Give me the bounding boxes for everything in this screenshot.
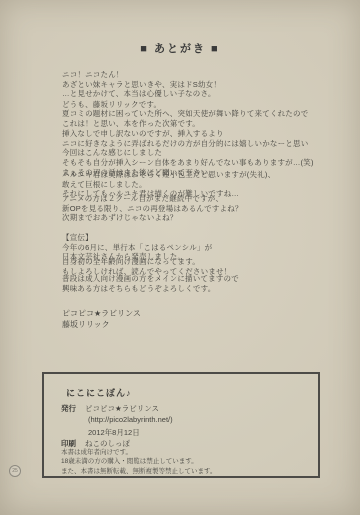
afterword-paragraph-anime: アニメの方は２クール目がまだ継続中ですが、新OPを見る限り、ニコの再登場はあるん… bbox=[62, 194, 243, 223]
afterword-heading: ■ あとがき ■ bbox=[0, 40, 360, 56]
scanned-afterword-page: ■ あとがき ■ ニコ！ニコたん！あざとい妹キャラと思いきや、実はドS幼女！…と… bbox=[0, 0, 360, 515]
publisher-label: 発行 bbox=[61, 404, 76, 413]
colophon-box: にこにこぼん♪ 発行ピコピコ★ラビリンス (http://pico2labyri… bbox=[42, 372, 320, 478]
printer-label: 印刷 bbox=[61, 439, 76, 448]
publisher-row: 発行ピコピコ★ラビリンス bbox=[61, 403, 159, 414]
printer-name: ねこのしっぽ bbox=[85, 439, 130, 448]
signature: ピコピコ★ラビリンス藤坂リリック bbox=[62, 309, 141, 330]
page-number-badge: 25 bbox=[9, 465, 21, 477]
publish-date: 2012年8月12日 bbox=[88, 427, 140, 438]
book-title: にこにこぼん♪ bbox=[66, 386, 132, 399]
age-restriction-notice: 本書は成年者向けです。18歳未満の方の購入・閲覧は禁止しています。また、本書は無… bbox=[61, 448, 216, 476]
publisher-name: ピコピコ★ラビリンス bbox=[85, 404, 159, 413]
afterword-paragraph-other: 普段は成人向け漫画の方をメインに描いてますので興味ある方はそちらもどうぞよろしく… bbox=[62, 274, 239, 293]
afterword-paragraph-origin: 夏コミの題材に困っていた所へ、突如天使が舞い降りて来てくれたのでこれは！と思い、… bbox=[62, 109, 308, 128]
publisher-url: (http://pico2labyrinth.net/) bbox=[88, 415, 173, 424]
afterword-paragraph-intro: ニコ！ニコたん！あざとい妹キャラと思いきや、実はドS幼女！…と見せかけて、本当は… bbox=[62, 70, 221, 99]
